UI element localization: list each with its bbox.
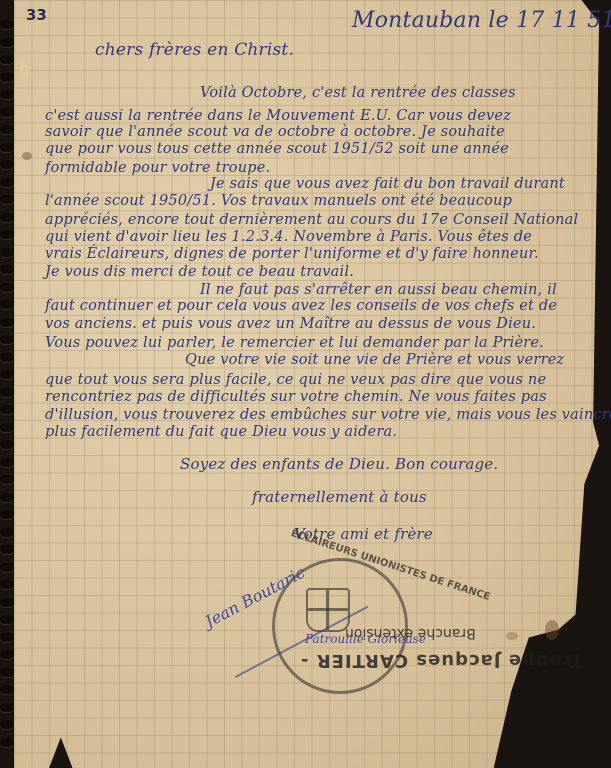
spiral-ring <box>0 493 14 502</box>
salutation: chers frères en Christ. <box>95 40 294 60</box>
closing-line: Soyez des enfants de Dieu. Bon courage. <box>180 455 498 473</box>
stain <box>506 632 518 640</box>
spiral-ring <box>0 580 14 589</box>
spiral-ring <box>0 318 14 327</box>
spiral-ring <box>0 20 14 29</box>
spiral-ring <box>0 178 14 187</box>
body-line: Voilà Octobre, c'est la rentrée des clas… <box>200 85 516 101</box>
body-line: savoir que l'année scout va de octobre à… <box>45 124 505 140</box>
body-line: rencontriez pas de difficultés sur votre… <box>45 389 547 405</box>
spiral-ring <box>0 510 14 519</box>
spiral-ring <box>0 388 14 397</box>
spiral-ring <box>0 615 14 624</box>
spiral-ring <box>0 125 14 134</box>
spiral-ring <box>0 423 14 432</box>
body-line: Vous pouvez lui parler, le remercier et … <box>45 335 544 351</box>
body-line: c'est aussi la rentrée dans le Mouvement… <box>45 108 511 124</box>
spiral-ring <box>0 598 14 607</box>
spiral-ring <box>0 668 14 677</box>
body-line: vos anciens. et puis vous avez un Maître… <box>45 316 536 332</box>
body-line: l'année scout 1950/51. Vos travaux manue… <box>45 193 512 209</box>
body-line: que tout vous sera plus facile, ce qui n… <box>45 372 546 388</box>
spiral-ring <box>0 685 14 694</box>
spiral-ring <box>0 545 14 554</box>
spiral-ring <box>0 73 14 82</box>
spiral-ring <box>0 213 14 222</box>
spiral-ring <box>0 90 14 99</box>
spiral-ring <box>0 55 14 64</box>
spiral-ring <box>0 370 14 379</box>
body-line: Je sais que vous avez fait du bon travai… <box>210 176 565 192</box>
spiral-ring <box>0 108 14 117</box>
body-line: plus facilement du fait que Dieu vous y … <box>45 424 397 440</box>
spiral-binding <box>0 0 16 768</box>
spiral-ring <box>0 650 14 659</box>
stain <box>22 152 32 160</box>
spiral-ring <box>0 440 14 449</box>
spiral-ring <box>0 458 14 467</box>
body-line: qui vient d'avoir lieu les 1.2.3.4. Nove… <box>45 229 532 245</box>
spiral-ring <box>0 528 14 537</box>
spiral-ring <box>0 738 14 747</box>
body-line: Je vous dis merci de tout ce beau travai… <box>45 264 354 280</box>
closing-line: fraternellement à tous <box>252 488 427 506</box>
body-line: Il ne faut pas s'arrêter en aussi beau c… <box>200 282 557 298</box>
spiral-ring <box>0 720 14 729</box>
spiral-ring <box>0 475 14 484</box>
stamp-line-troupe: Troupe Jacques CARTIER - <box>300 650 583 671</box>
body-line: appréciés, encore tout dernièrement au c… <box>45 212 578 228</box>
body-line: faut continuer et pour cela vous avez le… <box>45 298 557 314</box>
body-line: que pour vous tous cette année scout 195… <box>45 141 509 157</box>
body-line: Que votre vie soit une vie de Prière et … <box>185 352 564 368</box>
place-date: Montauban le 17 11 51 <box>352 8 611 33</box>
stain <box>19 62 29 76</box>
spiral-ring <box>0 353 14 362</box>
body-line: vrais Éclaireurs, dignes de porter l'uni… <box>45 246 539 262</box>
spiral-ring <box>0 335 14 344</box>
spiral-ring <box>0 300 14 309</box>
body-line: formidable pour votre troupe. <box>45 160 270 176</box>
spiral-ring <box>0 703 14 712</box>
body-line: d'illusion, vous trouverez des embûches … <box>45 407 611 423</box>
spiral-ring <box>0 563 14 572</box>
spiral-ring <box>0 38 14 47</box>
spiral-ring <box>0 633 14 642</box>
spiral-ring <box>0 160 14 169</box>
spiral-ring <box>0 405 14 414</box>
spiral-ring <box>0 195 14 204</box>
page-number: 33 <box>26 6 47 24</box>
spiral-ring <box>0 283 14 292</box>
signature-note: Patrouille Glorieuse <box>305 632 426 646</box>
spiral-ring <box>0 230 14 239</box>
spiral-ring <box>0 265 14 274</box>
spiral-ring <box>0 143 14 152</box>
stain <box>545 620 559 640</box>
spiral-ring <box>0 248 14 257</box>
